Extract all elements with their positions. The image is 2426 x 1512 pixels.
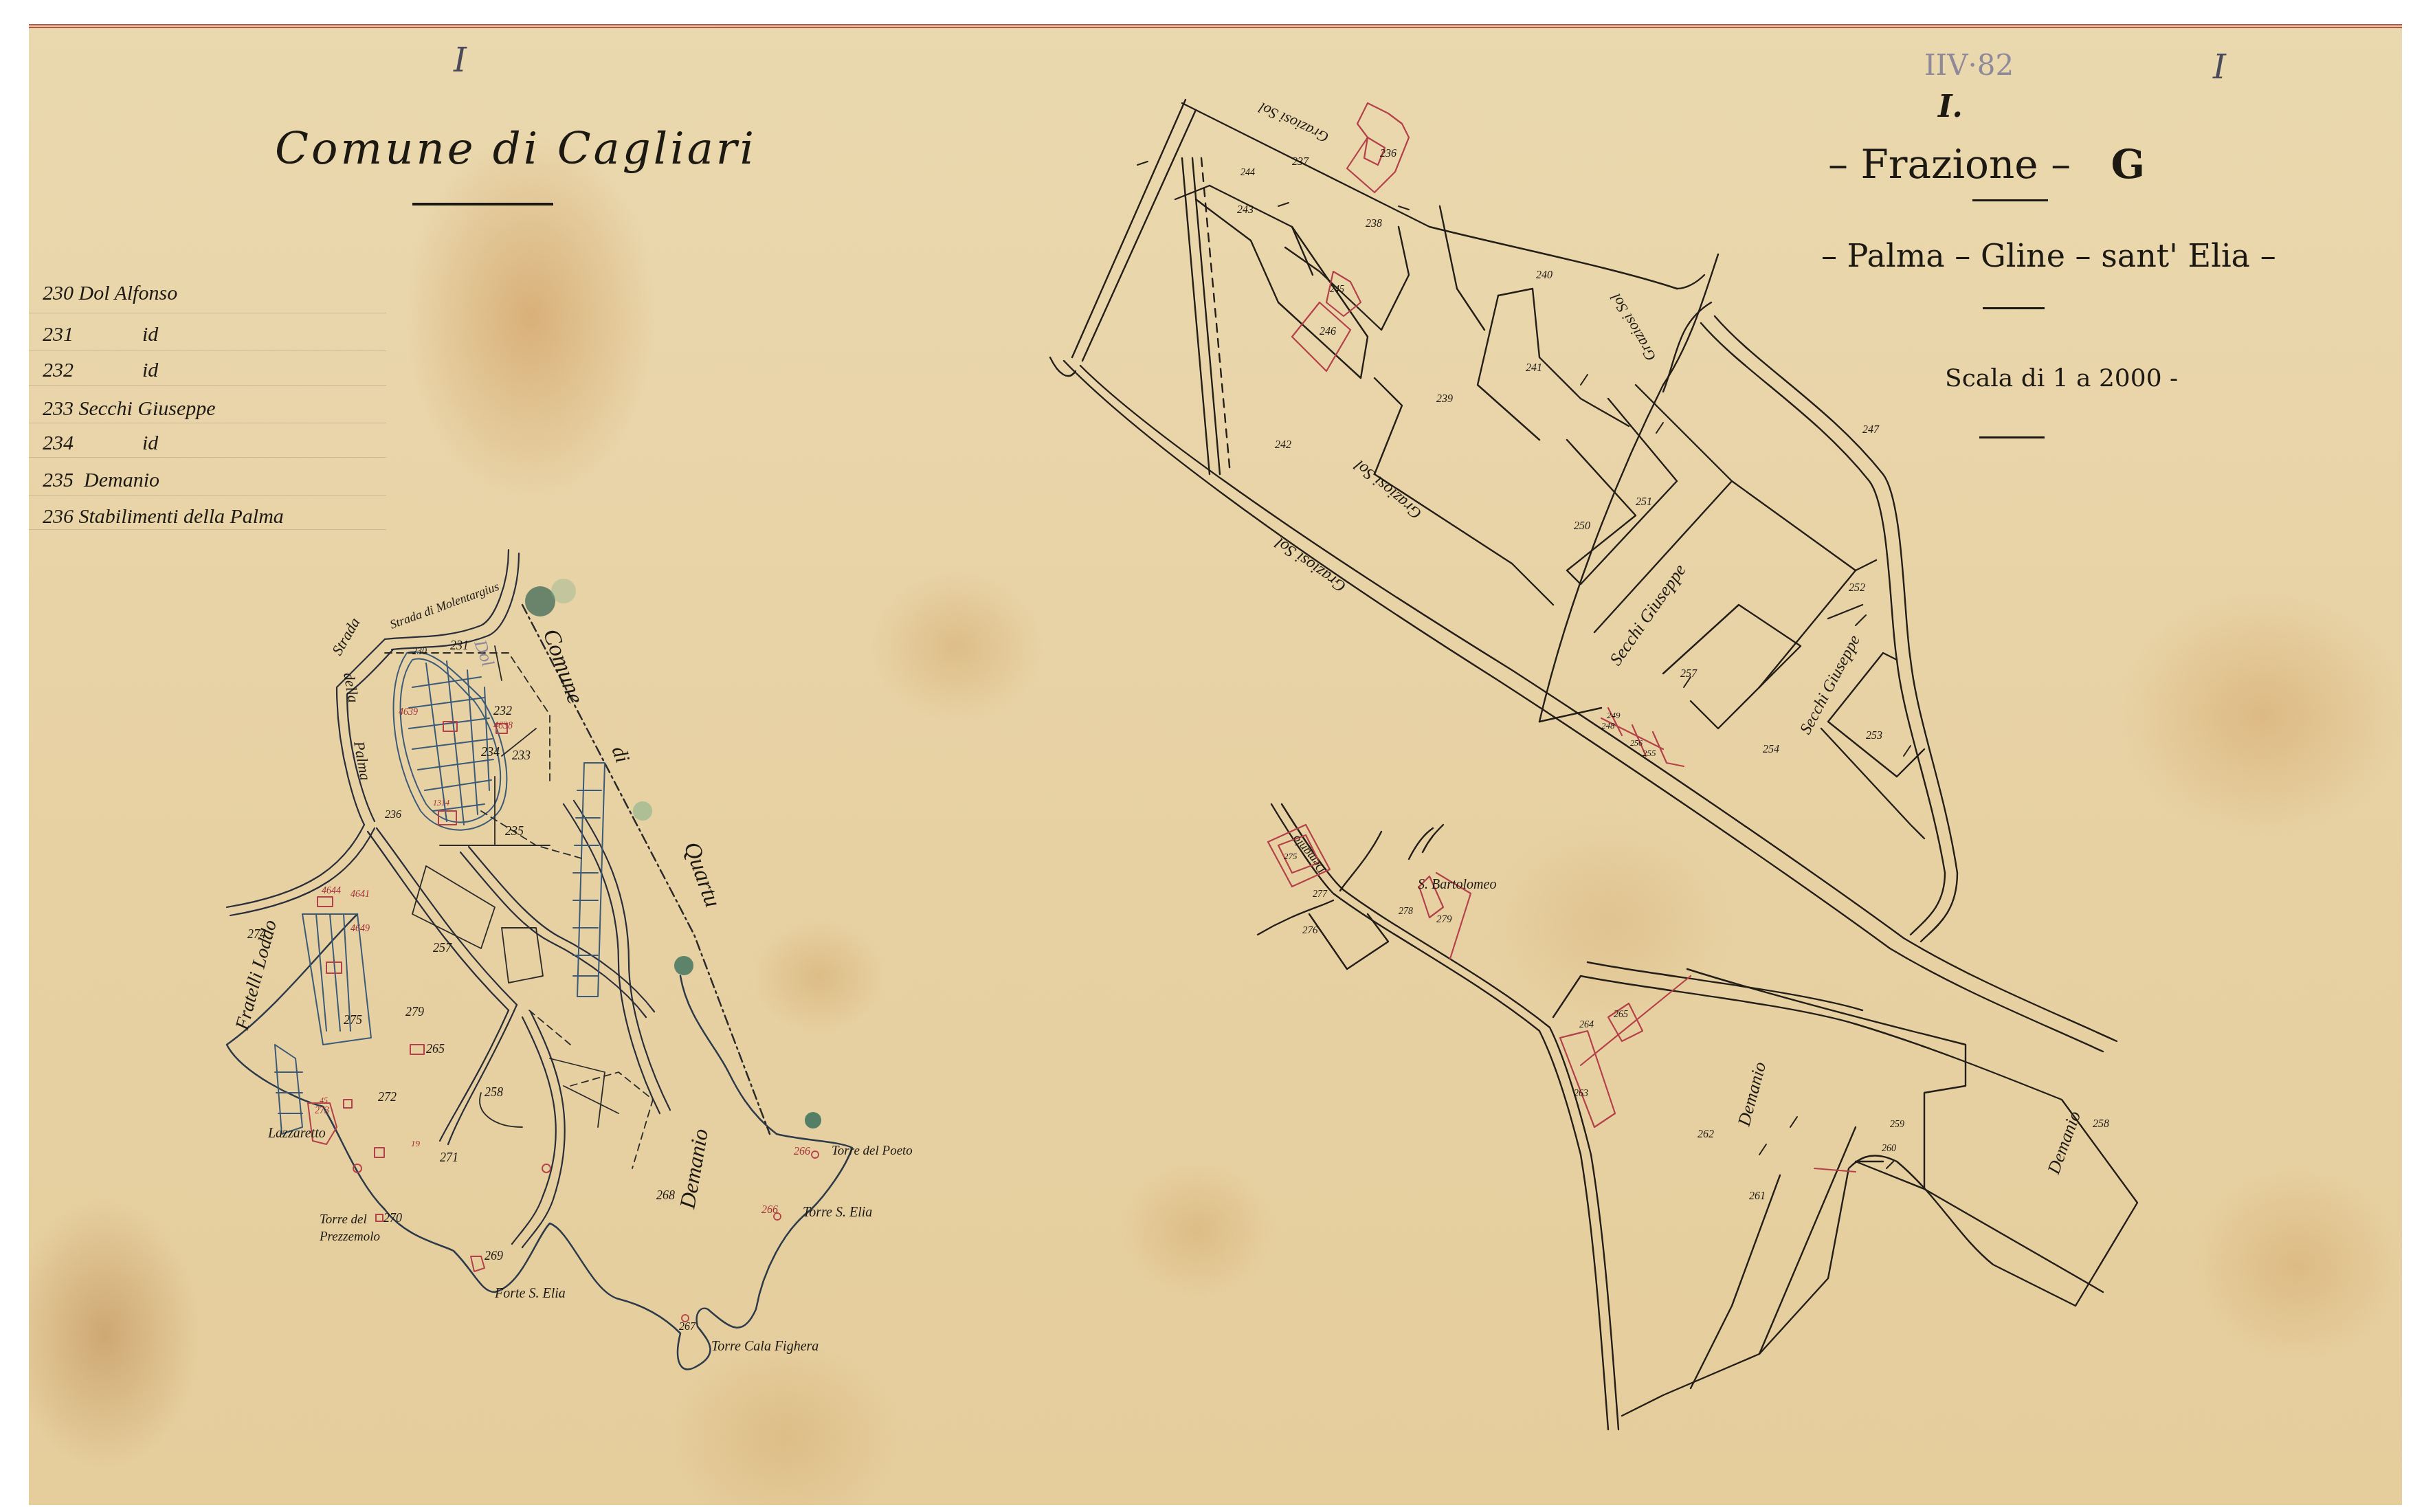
building-ref: 4649 bbox=[350, 924, 370, 934]
parcel-number: 235 bbox=[505, 824, 524, 838]
parcel-number: 236 bbox=[385, 809, 401, 821]
building-263 bbox=[1560, 1031, 1615, 1127]
boundary-label: Quartu bbox=[678, 838, 725, 911]
owner-label: Demanio bbox=[674, 1126, 713, 1211]
parcel-number: 243 bbox=[1237, 204, 1254, 216]
owner-label: Secchi Giuseppe bbox=[1605, 560, 1690, 669]
owner-label: Graziosi Sol bbox=[1350, 456, 1425, 522]
parcel-number: 238 bbox=[1366, 218, 1382, 230]
upper-block-boundary bbox=[1182, 103, 1677, 289]
place-label: Torre del bbox=[320, 1212, 367, 1227]
parcel-number: 261 bbox=[1749, 1190, 1766, 1202]
owner-label: Graziosi Sol bbox=[1256, 99, 1331, 146]
place-label: Torre S. Elia bbox=[803, 1205, 872, 1220]
building-ref: 4638 bbox=[493, 721, 513, 731]
parcel-number: 240 bbox=[1536, 269, 1553, 281]
road-label: Strada bbox=[329, 614, 364, 658]
parcel-number: 274 bbox=[247, 927, 266, 941]
owner-label: Graziosi Sol bbox=[1271, 533, 1349, 595]
parcel-number: 254 bbox=[1763, 744, 1779, 755]
parcel-number: 244 bbox=[1240, 168, 1255, 178]
parcel-number: 279 bbox=[1436, 914, 1452, 925]
place-label: Torre del Poeto bbox=[832, 1144, 913, 1158]
parcel-number: 239 bbox=[1436, 393, 1453, 405]
building-ref: 4641 bbox=[350, 889, 370, 900]
parcel-number: 262 bbox=[1698, 1129, 1714, 1140]
parcel-number: 266 bbox=[794, 1146, 810, 1157]
parcel-number: 269 bbox=[485, 1249, 503, 1263]
road-label: della bbox=[340, 671, 362, 704]
parcel-number: 247 bbox=[1862, 424, 1880, 436]
owner-label: Demanio bbox=[2043, 1109, 2084, 1177]
parcel-number: 278 bbox=[1399, 907, 1413, 917]
parcel-number: 264 bbox=[1579, 1020, 1594, 1030]
building-236 bbox=[1347, 103, 1409, 192]
parcel-number: 265 bbox=[426, 1042, 445, 1056]
parcel-number: 265 bbox=[1614, 1010, 1628, 1020]
parcel-number: 273 bbox=[315, 1106, 329, 1116]
coastline bbox=[227, 914, 852, 1370]
parcel-number: 252 bbox=[1849, 582, 1865, 594]
cadastral-map-drawing: Strada di Molentargius Strada della Palm… bbox=[0, 0, 2426, 1512]
parcel-number: 275 bbox=[344, 1013, 362, 1027]
parcel-number: 257 bbox=[1680, 668, 1698, 680]
parcel-number: 276 bbox=[1302, 925, 1318, 936]
boundary-label: di bbox=[607, 743, 634, 766]
parcel-number: 250 bbox=[1574, 520, 1590, 532]
parcel-number: 241 bbox=[1526, 362, 1542, 374]
parcel-number: 277 bbox=[1313, 889, 1328, 900]
parcel-number: 231 bbox=[450, 638, 469, 652]
owner-label: Graziosi Sol bbox=[1607, 291, 1659, 364]
parcel-number: 236 bbox=[1380, 148, 1396, 159]
owner-label: Dol bbox=[470, 636, 498, 669]
place-label: Torre Cala Fighera bbox=[711, 1339, 819, 1354]
owner-label: Demanio bbox=[1734, 1060, 1770, 1129]
parcel-number: 249 bbox=[1607, 710, 1621, 720]
parcel-number: 248 bbox=[1601, 720, 1615, 731]
building-ref: 1314 bbox=[433, 798, 449, 808]
parcel-number: 242 bbox=[1275, 439, 1291, 451]
parcel-number: 237 bbox=[1292, 156, 1309, 168]
parcel-number: 258 bbox=[485, 1085, 503, 1099]
parcel-number: 256 bbox=[1630, 738, 1643, 748]
overview-labels: Strada di Molentargius Strada della Palm… bbox=[232, 579, 913, 1354]
boundary-label: Comune bbox=[537, 625, 588, 707]
parcel-number: 251 bbox=[1636, 496, 1652, 508]
parcel-number: 255 bbox=[1643, 748, 1656, 758]
parcel-number: 259 bbox=[1890, 1120, 1904, 1130]
building-ref: 45 bbox=[320, 1096, 328, 1105]
parcel-number: 272 bbox=[378, 1090, 397, 1104]
parcel-number: 253 bbox=[1866, 730, 1882, 742]
place-label: Prezzemolo bbox=[319, 1230, 380, 1244]
parcel-number: 246 bbox=[1320, 326, 1336, 337]
parcel-number: 260 bbox=[1882, 1144, 1896, 1154]
parcel-number: 266 bbox=[761, 1204, 778, 1216]
place-label: Forte S. Elia bbox=[494, 1286, 566, 1301]
parcel-number: 279 bbox=[405, 1005, 424, 1019]
place-label: Lazzaretto bbox=[267, 1126, 326, 1141]
detail-labels: Graziosi Sol Graziosi Sol Graziosi Sol G… bbox=[1237, 99, 2109, 1202]
overview-map bbox=[227, 550, 852, 1370]
detail-map bbox=[1050, 100, 2137, 1430]
building-ref: 19 bbox=[411, 1138, 421, 1148]
parcel-number: 258 bbox=[2093, 1118, 2109, 1130]
parcel-number: 230 bbox=[412, 647, 427, 657]
parcel-number: 268 bbox=[656, 1188, 675, 1202]
parcel-number: 263 bbox=[1574, 1089, 1588, 1099]
building-ref: 4644 bbox=[322, 886, 341, 896]
parcel-number: 232 bbox=[493, 704, 512, 718]
building-ref: 4639 bbox=[399, 707, 418, 718]
owner-label: Secchi Giuseppe bbox=[1796, 632, 1864, 737]
parcel-number: 234 bbox=[481, 745, 500, 759]
parcel-number: 271 bbox=[440, 1150, 458, 1164]
parcel-number: 270 bbox=[383, 1211, 402, 1225]
road-label: Palma bbox=[350, 740, 375, 782]
parcel-number: 257 bbox=[433, 941, 452, 955]
parcel-number: 267 bbox=[679, 1321, 696, 1333]
place-label: S. Bartolomeo bbox=[1418, 877, 1496, 892]
parcel-number: 233 bbox=[512, 748, 531, 762]
parcel-number: 275 bbox=[1284, 851, 1298, 861]
parcel-number: 245 bbox=[1330, 285, 1344, 295]
